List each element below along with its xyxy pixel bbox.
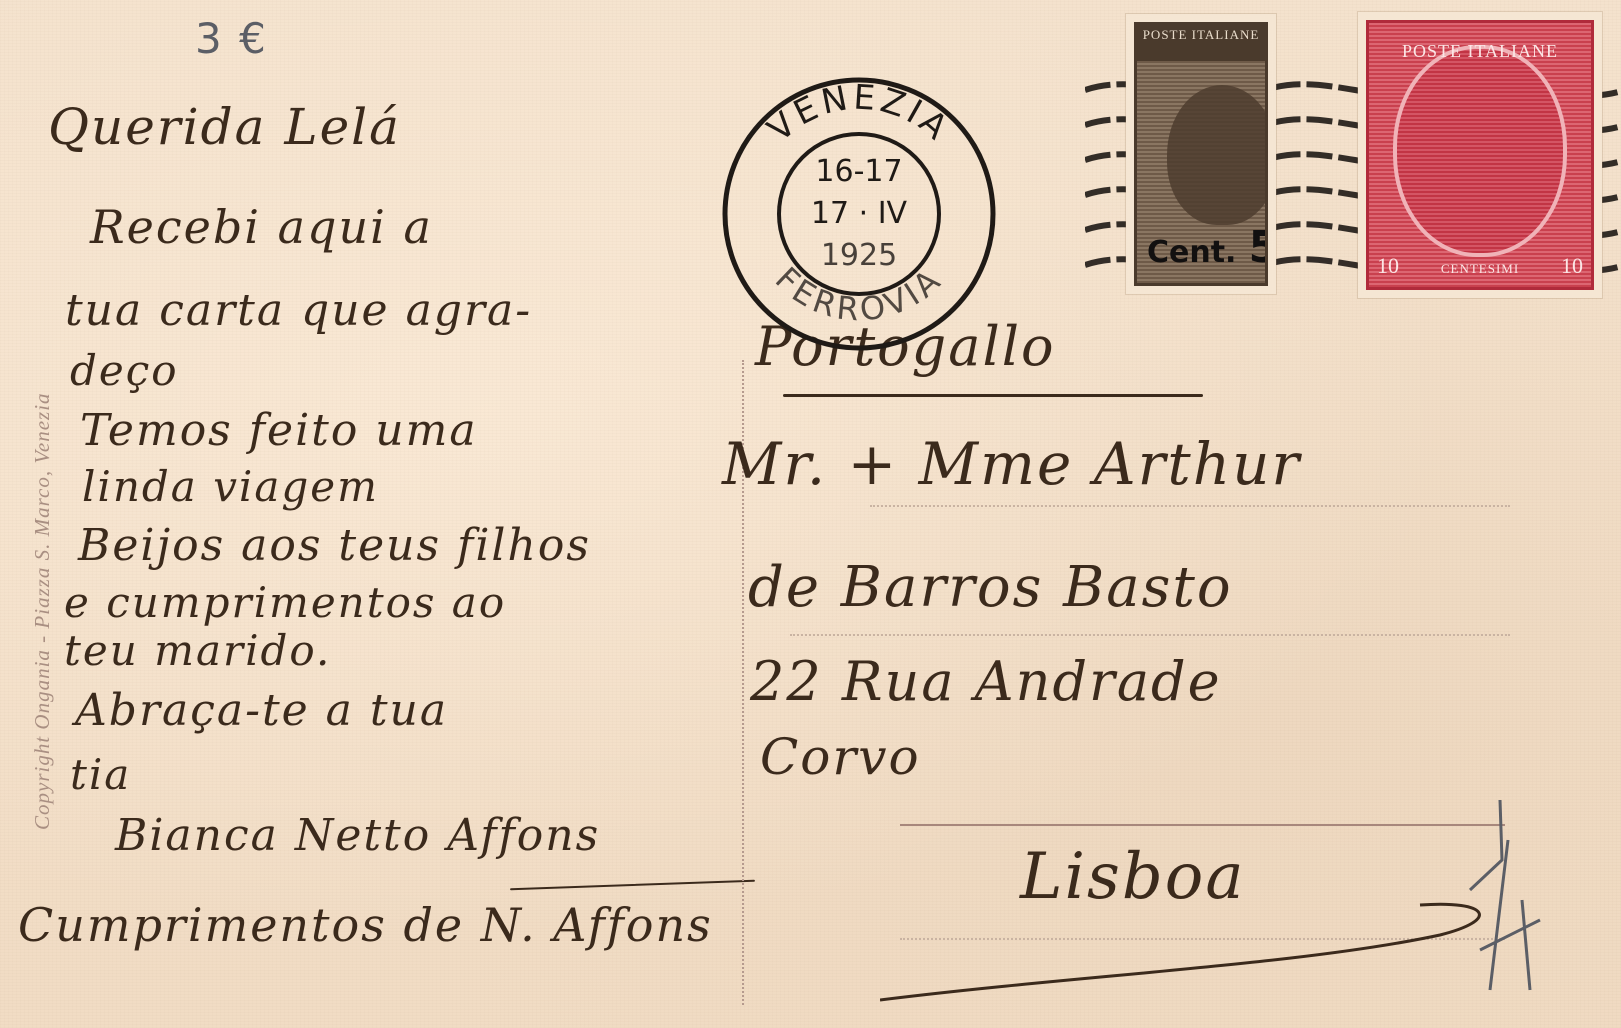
pencil-mark bbox=[1460, 800, 1550, 1000]
message-line: Beijos aos teus filhos bbox=[78, 520, 591, 571]
postmark: VENEZIA FERROVIA 16-17 17 · IV 1925 bbox=[718, 73, 1000, 355]
message-line: tia bbox=[70, 750, 131, 799]
stamp-issuer: POSTE ITALIANE bbox=[1137, 25, 1265, 61]
postcard-back: Copyright Ongania - Piazza S. Marco, Ven… bbox=[0, 0, 1621, 1028]
stamp-denomination: CENTESIMI bbox=[1369, 261, 1591, 277]
country-underline bbox=[783, 394, 1203, 397]
publisher-imprint: Copyright Ongania - Piazza S. Marco, Ven… bbox=[30, 392, 55, 830]
message-line: Temos feito uma bbox=[80, 405, 478, 456]
svg-text:VENEZIA: VENEZIA bbox=[760, 77, 958, 150]
message-line: e cumprimentos ao bbox=[64, 578, 506, 627]
message-signature: Bianca Netto Affons bbox=[115, 810, 600, 861]
postmark-year: 1925 bbox=[821, 238, 897, 273]
stamp-portrait-oval bbox=[1393, 45, 1567, 257]
postmark-time: 16-17 bbox=[815, 154, 902, 189]
message-line: linda viagem bbox=[82, 462, 379, 511]
stamp-red-10-centesimi: POSTE ITALIANE 10 CENTESIMI 10 bbox=[1358, 12, 1602, 298]
message-line: Abraça-te a tua bbox=[75, 685, 448, 736]
address-guide-line bbox=[900, 824, 1505, 826]
stamp-surcharge: Cent.50 bbox=[1147, 222, 1268, 273]
stamp-value-right: 10 bbox=[1561, 253, 1583, 279]
address-recipient-line2: de Barros Basto bbox=[748, 555, 1233, 620]
message-salutation: Querida Lelá bbox=[48, 98, 401, 156]
king-portrait bbox=[1167, 85, 1268, 225]
address-guide-line bbox=[870, 505, 1510, 507]
stamp-issuer: POSTE ITALIANE bbox=[1369, 41, 1591, 62]
postmark-date: 17 · IV bbox=[811, 196, 908, 231]
postmark-city: VENEZIA bbox=[760, 77, 958, 150]
city-flourish bbox=[880, 880, 1520, 1020]
pencil-price: 3 € bbox=[195, 14, 268, 63]
message-line: Recebi aqui a bbox=[90, 200, 433, 254]
message-line: tua carta que agra- bbox=[65, 285, 532, 336]
stamp-brown-surcharge: POSTE ITALIANE Cent.50 bbox=[1126, 14, 1276, 294]
postmark-rings: VENEZIA FERROVIA 16-17 17 · IV 1925 bbox=[718, 73, 1000, 355]
message-line: teu marido. bbox=[64, 626, 331, 675]
address-recipient-line1: Mr. + Mme Arthur bbox=[722, 430, 1301, 498]
address-street: 22 Rua Andrade bbox=[750, 650, 1222, 713]
address-district: Corvo bbox=[760, 728, 921, 786]
address-guide-line bbox=[790, 634, 1510, 636]
message-postscript: Cumprimentos de N. Affons bbox=[18, 898, 713, 952]
message-line: deço bbox=[70, 346, 179, 395]
